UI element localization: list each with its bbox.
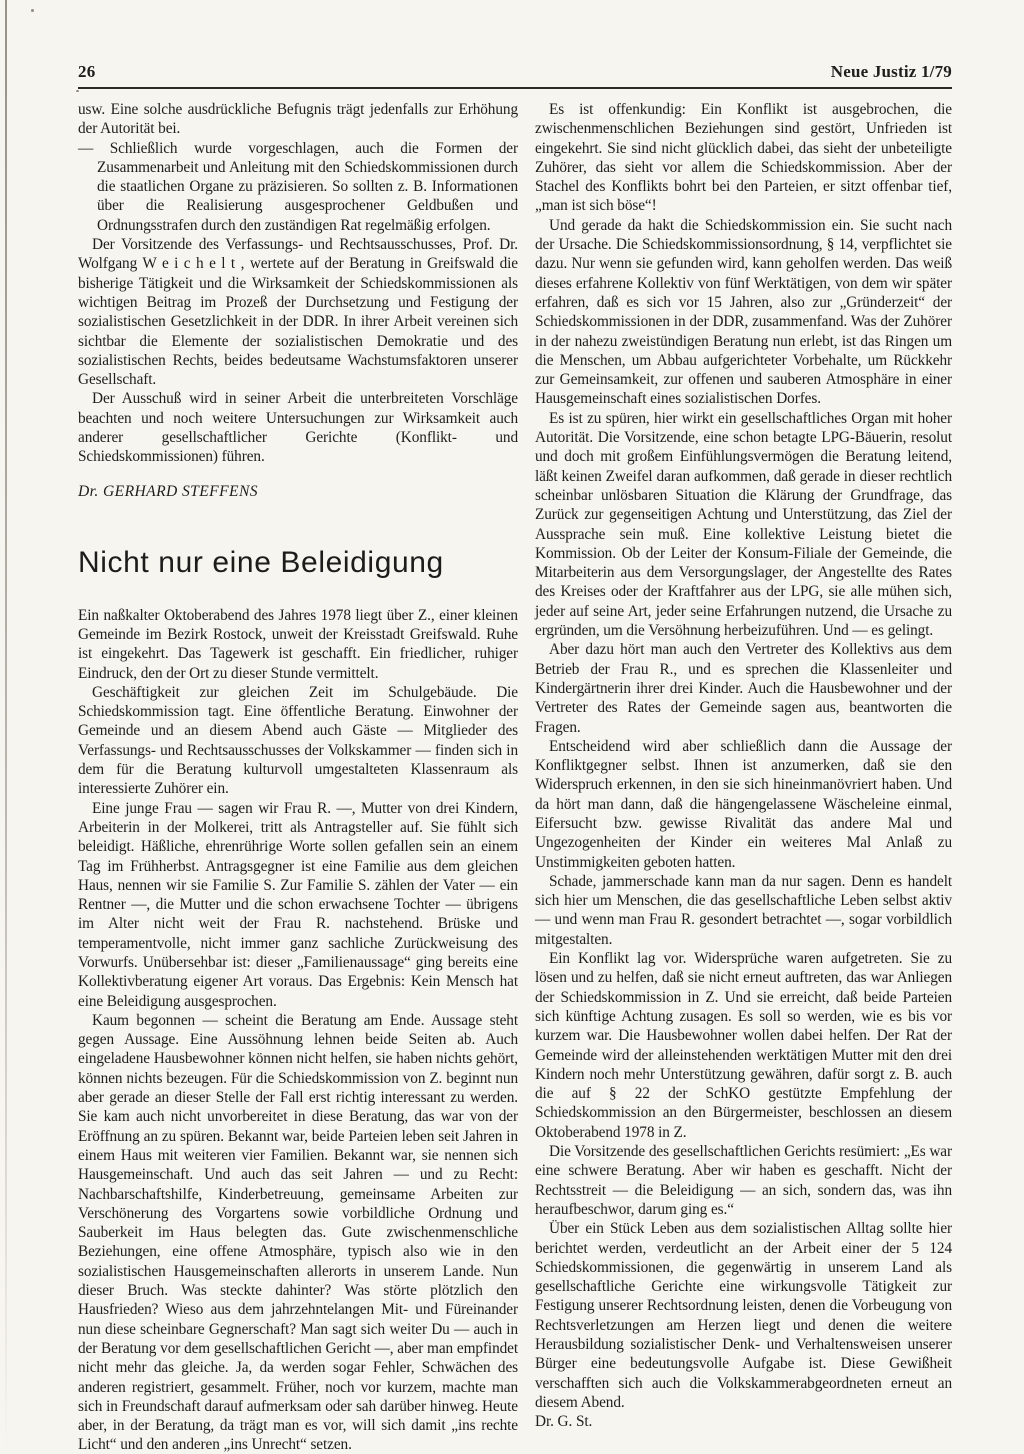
paragraph: Geschäftigkeit zur gleichen Zeit im Schu… — [78, 683, 518, 799]
paragraph: Ein naßkalter Oktoberabend des Jahres 19… — [78, 606, 518, 683]
article-title: Nicht nur eine Beleidigung — [78, 547, 518, 579]
paragraph: Und gerade da hakt die Schiedskommission… — [535, 216, 952, 409]
right-column: Es ist offenkundig: Ein Konflikt ist aus… — [535, 100, 952, 1454]
paragraph: Schade, jammerschade kann man da nur sag… — [535, 872, 952, 949]
page-header: 26 Neue Justiz 1/79 — [78, 62, 952, 82]
paragraph: Der Vorsitzende des Verfassungs- und Rec… — [78, 235, 518, 389]
paragraph: Die Vorsitzende des gesellschaftlichen G… — [535, 1142, 952, 1219]
journal-title: Neue Justiz 1/79 — [831, 62, 952, 82]
header-rule — [78, 87, 952, 89]
paragraph: Ein Konflikt lag vor. Widersprüche waren… — [535, 949, 952, 1142]
paragraph: Eine junge Frau — sagen wir Frau R. —, M… — [78, 799, 518, 1011]
page-number: 26 — [78, 62, 95, 82]
left-column: usw. Eine solche ausdrückliche Befugnis … — [78, 100, 518, 1454]
paragraph: Aber dazu hört man auch den Vertreter de… — [535, 640, 952, 736]
paragraph: Der Ausschuß wird in seiner Arbeit die u… — [78, 389, 518, 466]
bullet-paragraph: — Schließlich wurde vorgeschlagen, auch … — [78, 139, 518, 235]
author-byline: Dr. GERHARD STEFFENS — [78, 483, 518, 501]
paragraph: Entscheidend wird aber schließlich dann … — [535, 737, 952, 872]
scan-speck — [31, 9, 34, 12]
page-content: 26 Neue Justiz 1/79 usw. Eine solche aus… — [78, 62, 952, 1454]
scan-edge-artifact — [5, 0, 7, 1454]
author-signature: Dr. G. St. — [535, 1412, 952, 1431]
paragraph: Es ist offenkundig: Ein Konflikt ist aus… — [535, 100, 952, 216]
journal-page: 26 Neue Justiz 1/79 usw. Eine solche aus… — [0, 0, 1024, 1454]
paragraph: usw. Eine solche ausdrückliche Befugnis … — [78, 100, 518, 139]
two-column-layout: usw. Eine solche ausdrückliche Befugnis … — [78, 100, 952, 1454]
paragraph: Kaum begonnen — scheint die Beratung am … — [78, 1011, 518, 1454]
paragraph: Es ist zu spüren, hier wirkt ein gesells… — [535, 409, 952, 641]
paragraph: Über ein Stück Leben aus dem sozialistis… — [535, 1219, 952, 1412]
